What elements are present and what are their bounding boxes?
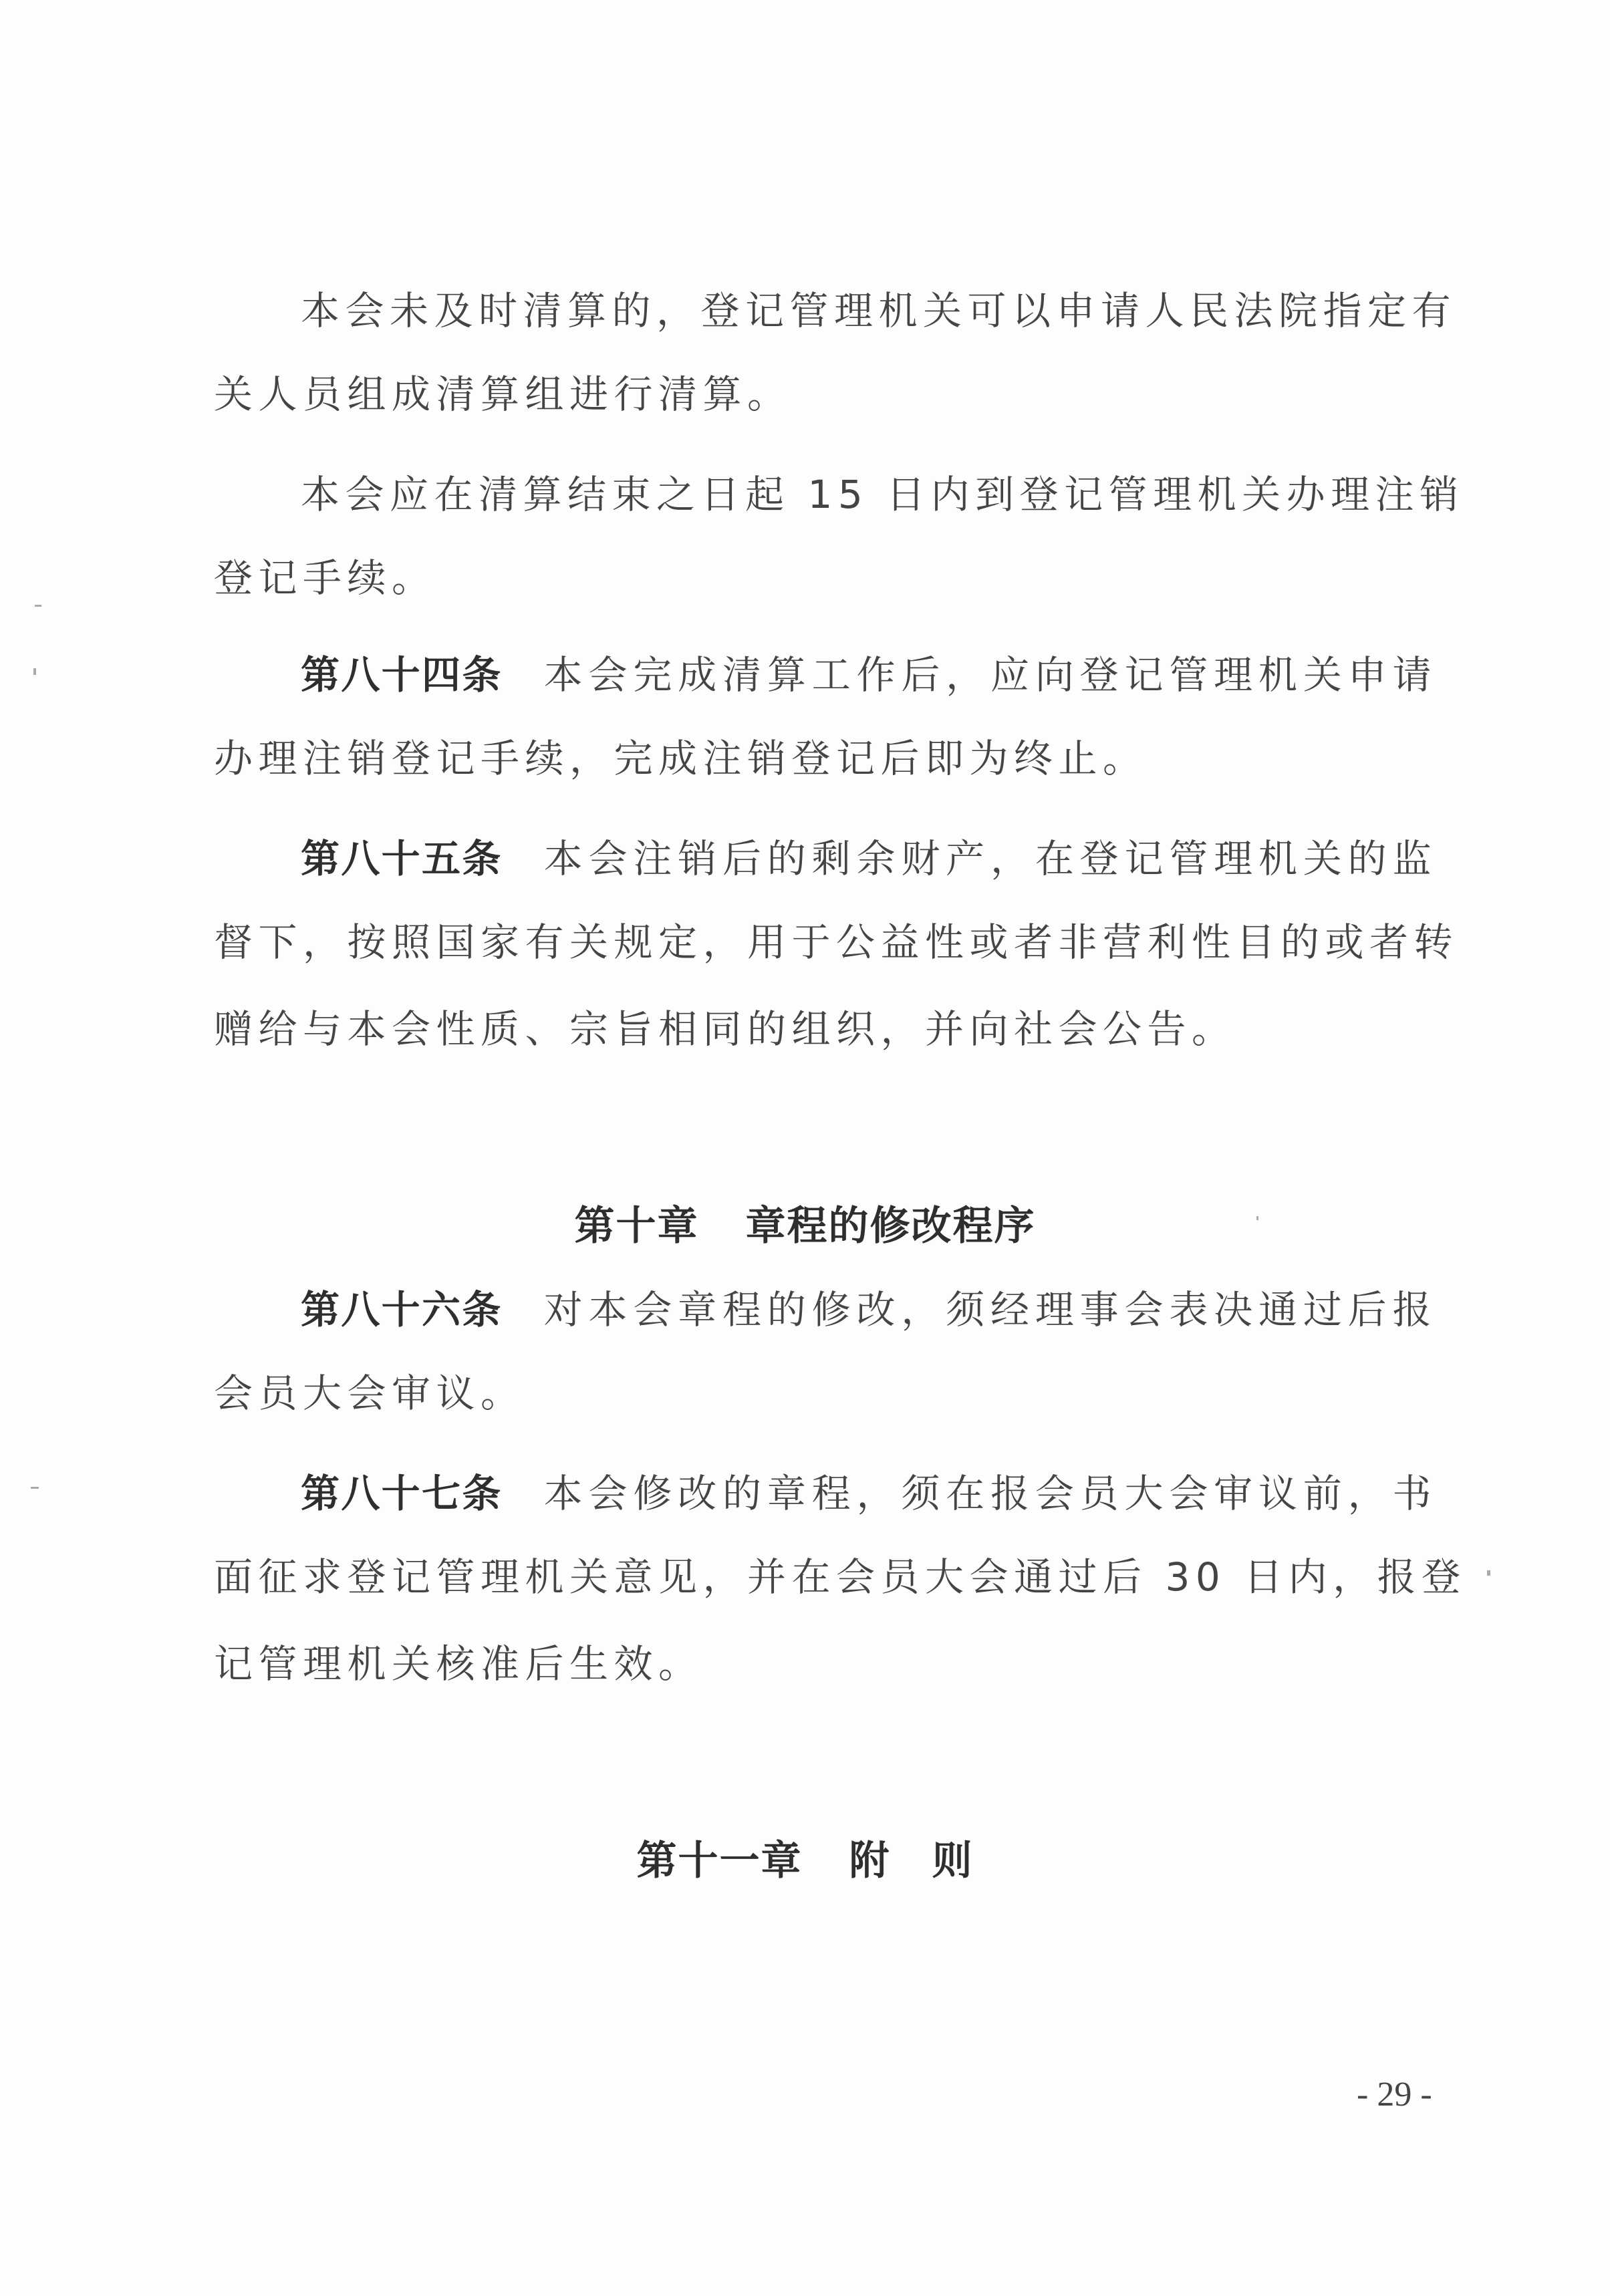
article-number: 第八十七条 [301, 1471, 503, 1516]
scan-speck [33, 668, 36, 675]
paragraph-line: 赠给与本会性质、宗旨相同的组织，并向社会公告。 [214, 1002, 1437, 1056]
article-text: 本会注销后的剩余财产，在登记管理机关的监 [544, 836, 1437, 881]
paragraph-line: 督下，按照国家有关规定，用于公益性或者非营利性目的或者转 [214, 915, 1437, 969]
scan-speck [35, 605, 41, 607]
chapter-title: 章程的修改程序 [746, 1203, 1036, 1250]
article-number: 第八十六条 [301, 1287, 503, 1332]
scan-speck [31, 1487, 39, 1489]
paragraph-line: 本会未及时清算的，登记管理机关可以申请人民法院指定有 [301, 284, 1437, 337]
article-85: 第八十五条本会注销后的剩余财产，在登记管理机关的监 [301, 832, 1437, 885]
article-text: 本会修改的章程，须在报会员大会审议前，书 [544, 1471, 1437, 1516]
scan-speck [1256, 1216, 1258, 1220]
paragraph-line: 登记手续。 [214, 551, 1437, 605]
chapter-number: 第十章 [575, 1203, 699, 1250]
paragraph-line: 面征求登记管理机关意见，并在会员大会通过后 30 日内，报登 [214, 1550, 1437, 1604]
article-number: 第八十四条 [301, 652, 503, 698]
chapter-number: 第十一章 [637, 1838, 803, 1884]
scan-speck [1487, 1570, 1490, 1576]
article-86: 第八十六条对本会章程的修改，须经理事会表决通过后报 [301, 1283, 1437, 1336]
article-text: 本会完成清算工作后，应向登记管理机关申请 [544, 652, 1437, 698]
article-text: 对本会章程的修改，须经理事会表决通过后报 [544, 1287, 1437, 1332]
article-87: 第八十七条本会修改的章程，须在报会员大会审议前，书 [301, 1467, 1437, 1520]
article-84: 第八十四条本会完成清算工作后，应向登记管理机关申请 [301, 648, 1437, 702]
paragraph-line: 办理注销登记手续，完成注销登记后即为终止。 [214, 732, 1437, 785]
chapter-heading: 第十章章程的修改程序 [0, 1199, 1610, 1253]
page-number: - 29 - [1357, 2071, 1432, 2118]
paragraph-line: 会员大会审议。 [214, 1367, 1437, 1420]
paragraph-line: 记管理机关核准后生效。 [214, 1637, 1437, 1691]
article-number: 第八十五条 [301, 836, 503, 881]
paragraph-line: 本会应在清算结束之日起 15 日内到登记管理机关办理注销 [301, 468, 1437, 521]
chapter-heading: 第十一章附 则 [0, 1834, 1610, 1888]
chapter-title: 附 则 [849, 1838, 974, 1884]
paragraph-line: 关人员组成清算组进行清算。 [214, 368, 1437, 421]
